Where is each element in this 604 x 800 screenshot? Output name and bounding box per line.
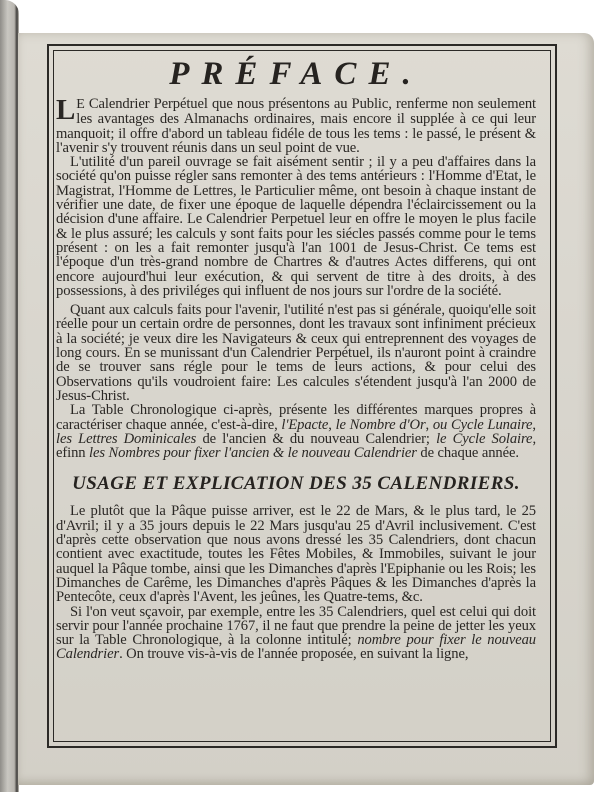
paragraph-example-1767: Si l'on veut sçavoir, par exemple, entre… <box>56 605 536 662</box>
section-heading: USAGE ET EXPLICATION DES 35 CALENDRIERS. <box>56 473 536 495</box>
intro-text: Calendrier Perpétuel que nous présentons… <box>56 96 536 156</box>
page-content: PRÉFACE. LE Calendrier Perpétuel que nou… <box>56 49 536 662</box>
paragraph-easter-dates: Le plutôt que la Pâque puisse arriver, e… <box>56 504 536 604</box>
book-spine-edge <box>0 0 19 792</box>
paragraph-future-calculations: Quant aux calculs faits pour l'avenir, l… <box>56 303 536 403</box>
paragraph-chronological-table: La Table Chronologique ci-après, présent… <box>56 403 536 460</box>
drop-cap: L <box>56 100 75 120</box>
small-cap: E <box>76 97 84 112</box>
intro-paragraph: LE Calendrier Perpétuel que nous présent… <box>56 97 536 155</box>
page-title: PRÉFACE. <box>56 49 536 97</box>
paragraph-utility: L'utilité d'un pareil ouvrage se fait ai… <box>56 155 536 298</box>
book-page: PRÉFACE. LE Calendrier Perpétuel que nou… <box>18 33 594 785</box>
